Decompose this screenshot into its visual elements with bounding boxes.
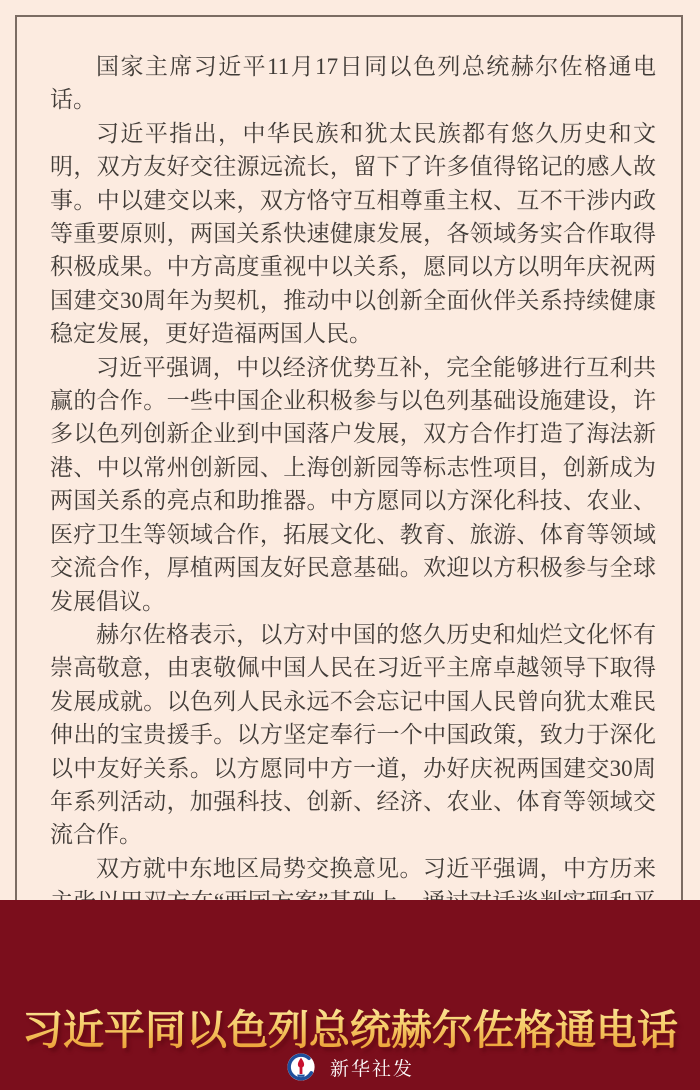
- article-body: 国家主席习近平11月17日同以色列总统赫尔佐格通电话。 习近平指出，中华民族和犹…: [50, 50, 656, 1019]
- xinhua-logo-icon: [286, 1052, 316, 1082]
- paragraph: 习近平强调，中以经济优势互补，完全能够进行互利共赢的合作。一些中国企业积极参与以…: [50, 351, 656, 618]
- bottom-banner: 习近平同以色列总统赫尔佐格通电话 新华社发: [0, 900, 700, 1090]
- paragraph: 习近平指出，中华民族和犹太民族都有悠久历史和文明，双方友好交往源远流长，留下了许…: [50, 117, 656, 351]
- credit-row: 新华社发: [0, 1052, 700, 1082]
- banner-title: 习近平同以色列总统赫尔佐格通电话: [0, 997, 700, 1056]
- credit-text: 新华社发: [330, 1054, 414, 1081]
- news-graphic-card: 国家主席习近平11月17日同以色列总统赫尔佐格通电话。 习近平指出，中华民族和犹…: [0, 0, 700, 1090]
- paragraph: 赫尔佐格表示，以方对中国的悠久历史和灿烂文化怀有崇高敬意，由衷敬佩中国人民在习近…: [50, 618, 656, 852]
- paragraph-lead: 国家主席习近平11月17日同以色列总统赫尔佐格通电话。: [50, 50, 656, 117]
